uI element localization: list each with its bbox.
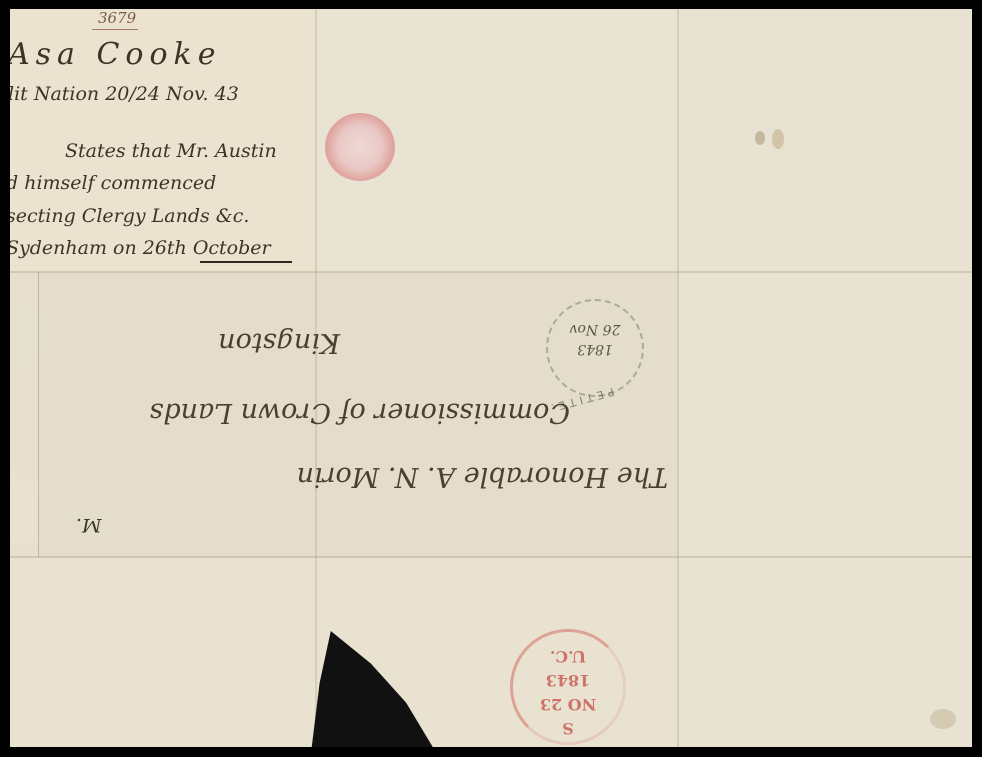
- postmark-year: 1843: [548, 339, 642, 359]
- stain: [930, 709, 956, 729]
- scan-frame: 3679 Asa Cooke lit Nation 20/24 Nov. 43 …: [0, 0, 982, 757]
- address-prefix: M.: [76, 514, 102, 536]
- address-title: Commissioner of Crown Lands: [70, 397, 570, 428]
- red-postmark: S NO 23 1843 U.C.: [510, 629, 626, 745]
- fold-line-vertical-1: [315, 9, 317, 747]
- fold-line-vertical-2: [677, 9, 679, 747]
- date-underline: [200, 261, 292, 263]
- grey-postmark: PETITE... 1843 26 Nov: [546, 299, 644, 397]
- reference-underline: [92, 29, 138, 30]
- stain: [772, 129, 784, 149]
- letter-paper: 3679 Asa Cooke lit Nation 20/24 Nov. 43 …: [10, 9, 972, 747]
- docket-line: secting Clergy Lands &c.: [10, 205, 249, 227]
- panel-edge: [38, 272, 39, 557]
- fold-line-horizontal-2: [10, 556, 972, 558]
- docket-line: Sydenham on 26th October: [10, 237, 271, 259]
- stain: [755, 131, 765, 145]
- postmark-top-text: U.C.: [513, 644, 623, 668]
- postmark-bottom-text: S: [513, 716, 623, 740]
- address-recipient: The Honorable A. N. Morin: [128, 461, 668, 492]
- wax-seal: [325, 113, 395, 181]
- right-panel: [678, 9, 972, 747]
- postmark-date: NO 23: [513, 692, 623, 716]
- docket-line: States that Mr. Austin: [65, 140, 277, 162]
- address-city: Kingston: [70, 327, 340, 358]
- fold-line-horizontal-1: [10, 271, 972, 273]
- docket-line: d himself commenced: [10, 172, 216, 194]
- postmark-year: 1843: [513, 668, 623, 692]
- docket-reference-number: 3679: [98, 9, 136, 27]
- docket-name: Asa Cooke: [10, 37, 222, 72]
- postmark-date: 26 Nov: [548, 319, 642, 339]
- docket-line: lit Nation 20/24 Nov. 43: [10, 83, 239, 105]
